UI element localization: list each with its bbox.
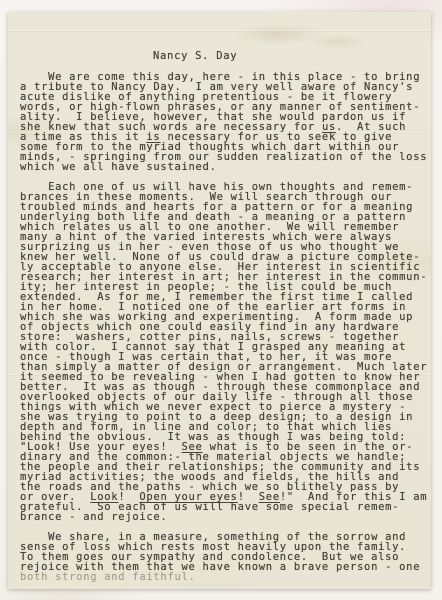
- scanned-page-background: Nancy S. Day We are come this day, here …: [0, 0, 442, 600]
- paper-sheet: Nancy S. Day We are come this day, here …: [8, 12, 431, 589]
- text-segment: brance - and rejoice.: [20, 511, 167, 523]
- paragraph: Each one of us will have his own thought…: [20, 182, 431, 522]
- document-title: Nancy S. Day: [8, 50, 431, 62]
- paper-crease: [8, 30, 431, 32]
- paragraph: We are come this day, here - in this pla…: [20, 72, 431, 172]
- text-line: both strong and faithful.: [20, 572, 431, 582]
- text-line: brance - and rejoice.: [20, 512, 431, 522]
- text-segment: which we all have sustained.: [20, 161, 217, 173]
- paragraph: We share, in a measure, something of the…: [20, 532, 431, 582]
- document-body: We are come this day, here - in this pla…: [8, 72, 431, 582]
- text-segment: both strong and faithful.: [20, 571, 196, 583]
- text-line: which we all have sustained.: [20, 162, 431, 172]
